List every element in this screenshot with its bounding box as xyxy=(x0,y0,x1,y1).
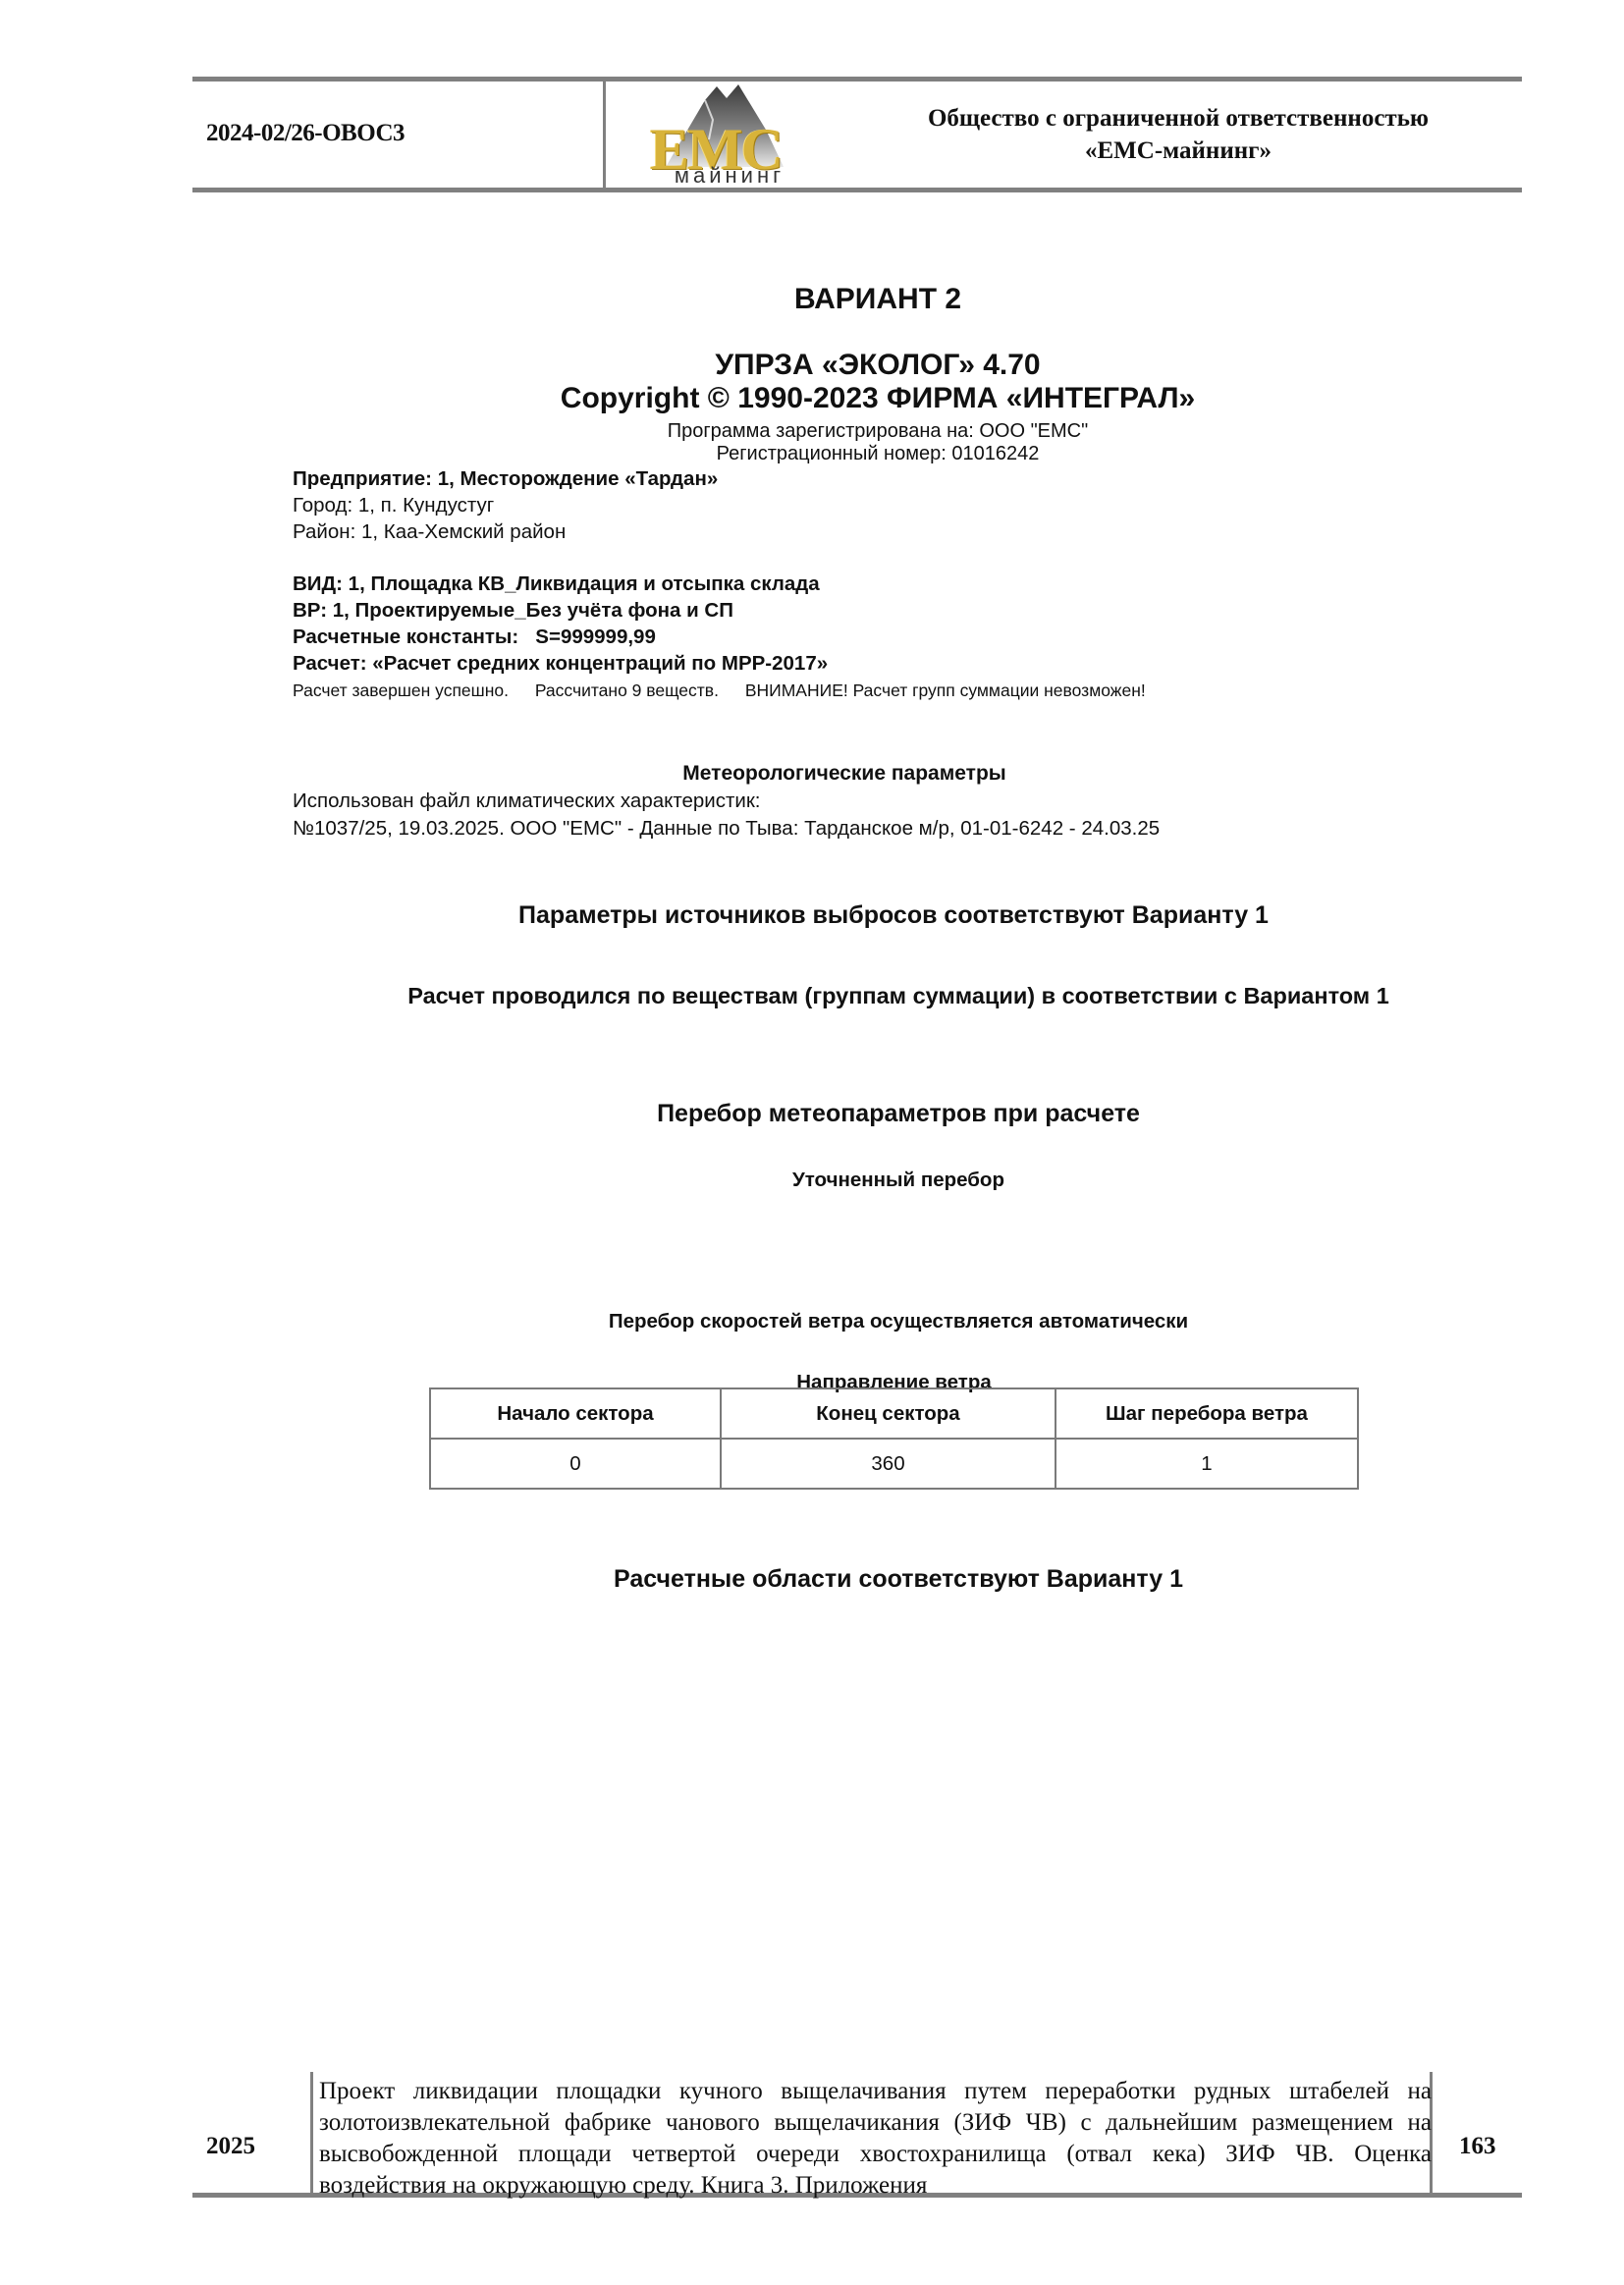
cell-wind-step: 1 xyxy=(1056,1439,1358,1489)
footer-project-title: Проект ликвидации площадки кучного выщел… xyxy=(319,2076,1432,2202)
district: Район: 1, Каа-Хемский район xyxy=(293,520,566,544)
meteo-search-title: Перебор метеопараметров при расчете xyxy=(295,1100,1502,1128)
header-bottom-rule xyxy=(192,188,1522,192)
company-logo: EMC майнинг xyxy=(636,81,813,189)
city: Город: 1, п. Кундустуг xyxy=(293,494,494,517)
vid: ВИД: 1, Площадка КВ_Ликвидация и отсыпка… xyxy=(293,572,820,596)
header-divider xyxy=(603,79,606,190)
status-substances: Рассчитано 9 веществ. xyxy=(535,680,719,700)
substances-note: Расчет проводился по веществам (группам … xyxy=(295,983,1502,1009)
meteo-title: Метеорологические параметры xyxy=(289,762,1400,786)
wind-speed-note: Перебор скоростей ветра осуществляется а… xyxy=(295,1310,1502,1333)
company-name: Общество с ограниченной ответственностью… xyxy=(864,102,1492,167)
refined-search: Уточненный перебор xyxy=(295,1169,1502,1192)
calculation: Расчет: «Расчет средних концентраций по … xyxy=(293,652,828,676)
col-sector-start: Начало сектора xyxy=(430,1388,721,1439)
logo-subtitle: майнинг xyxy=(646,163,813,189)
variant-title: ВАРИАНТ 2 xyxy=(289,283,1467,316)
status-line: Расчет завершен успешно. Рассчитано 9 ве… xyxy=(293,680,1167,701)
enterprise: Предприятие: 1, Месторождение «Тардан» xyxy=(293,467,718,491)
wind-direction-table: Начало сектора Конец сектора Шаг перебор… xyxy=(429,1387,1359,1490)
table-header-row: Начало сектора Конец сектора Шаг перебор… xyxy=(430,1388,1358,1439)
status-warning: ВНИМАНИЕ! Расчет групп суммации невозмож… xyxy=(745,680,1146,700)
cell-sector-end: 360 xyxy=(721,1439,1056,1489)
cell-sector-start: 0 xyxy=(430,1439,721,1489)
footer-year: 2025 xyxy=(206,2133,255,2160)
vr: ВР: 1, Проектируемые_Без учёта фона и СП xyxy=(293,599,733,623)
sources-note: Параметры источников выбросов соответств… xyxy=(295,901,1492,930)
calc-constants: Расчетные константы: S=999999,99 xyxy=(293,626,656,649)
areas-note: Расчетные области соответствуют Варианту… xyxy=(295,1565,1502,1594)
company-name-line2: «ЕМС-майнинг» xyxy=(864,135,1492,167)
document-code: 2024-02/26-ОВОС3 xyxy=(206,120,405,147)
page-number: 163 xyxy=(1459,2133,1496,2160)
header-top-rule xyxy=(192,77,1522,82)
col-sector-end: Конец сектора xyxy=(721,1388,1056,1439)
program-title: УПРЗА «ЭКОЛОГ» 4.70 xyxy=(289,349,1467,382)
company-name-line1: Общество с ограниченной ответственностью xyxy=(864,102,1492,135)
registered-to: Программа зарегистрирована на: ООО "ЕМС" xyxy=(289,420,1467,443)
copyright: Copyright © 1990-2023 ФИРМА «ИНТЕГРАЛ» xyxy=(289,382,1467,415)
registration-number: Регистрационный номер: 01016242 xyxy=(289,443,1467,465)
table-row: 0 360 1 xyxy=(430,1439,1358,1489)
col-wind-step: Шаг перебора ветра xyxy=(1056,1388,1358,1439)
meteo-file-label: Использован файл климатических характери… xyxy=(293,789,761,813)
footer-divider-left xyxy=(310,2072,313,2194)
status-completed: Расчет завершен успешно. xyxy=(293,680,509,700)
meteo-file-value: №1037/25, 19.03.2025. ООО "ЕМС" - Данные… xyxy=(293,817,1160,841)
